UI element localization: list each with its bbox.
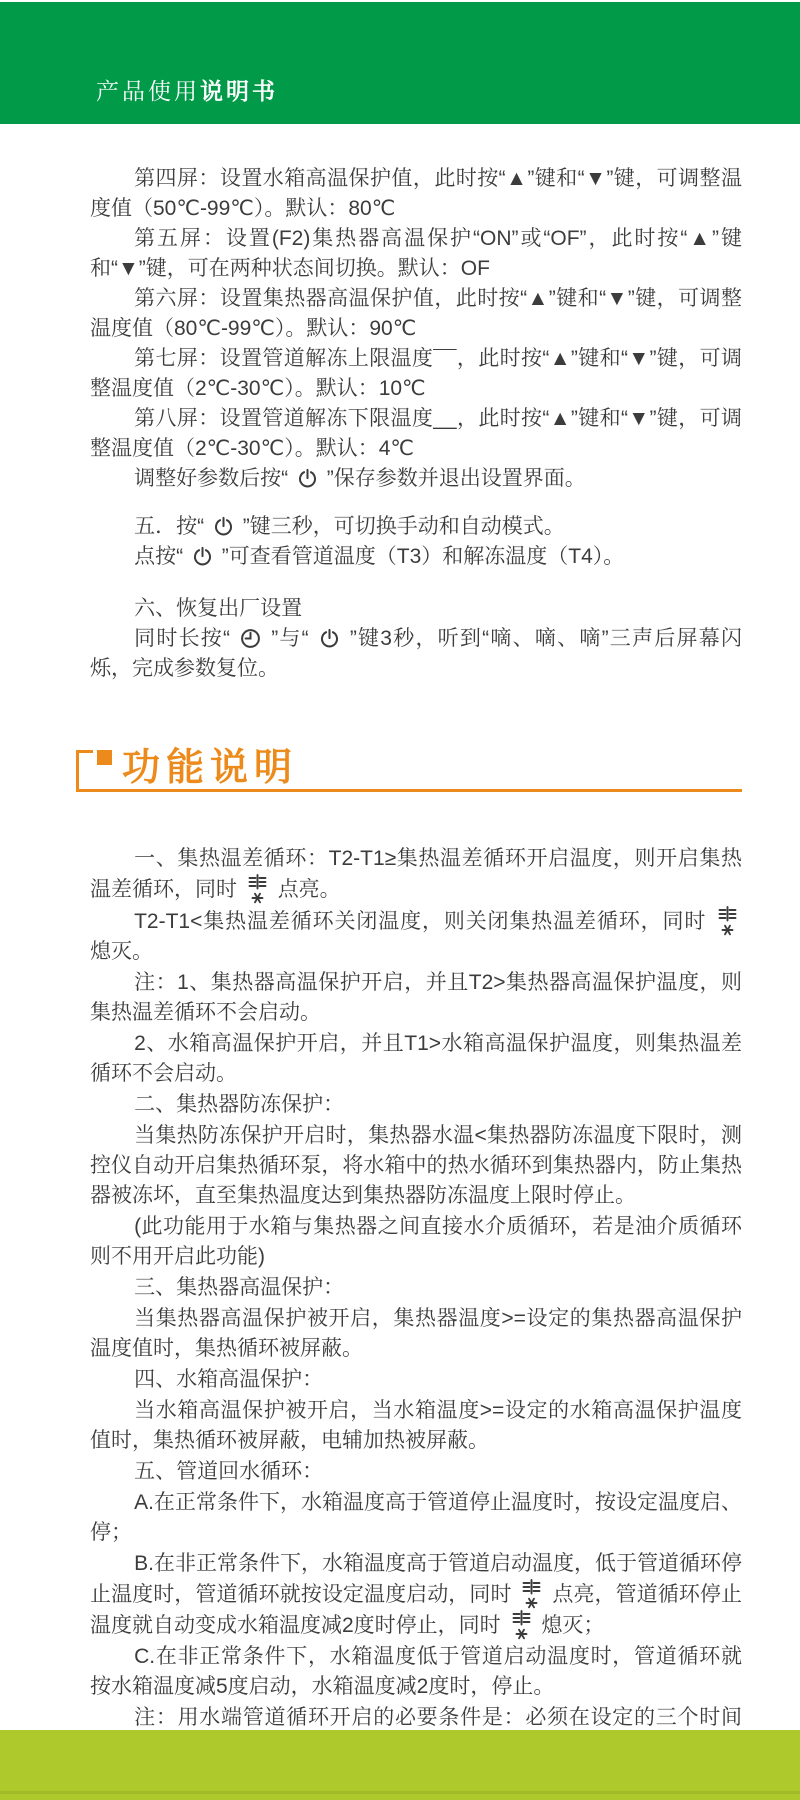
paragraph-factory-reset-steps: 同时长按“ ”与“ ”键3秒，听到“嘀、嘀、嘀”三声后屏幕闪烁，完成参数复位。	[90, 624, 742, 684]
paragraph-antifreeze-desc: 当集热防冻保护开启时，集热器水温<集热器防冻温度下限时，测控仪自动开启集热循环泵…	[90, 1121, 742, 1211]
power-icon	[213, 516, 234, 537]
paragraph-item5-mode-switch: 五．按“ ”键三秒，可切换手动和自动模式。	[90, 512, 742, 542]
heading-corner-tick	[76, 750, 93, 753]
text-run: 调整好参数后按“	[134, 467, 288, 490]
paragraph-tank-overheat-title: 四、水箱高温保护：	[90, 1365, 742, 1395]
paragraph-screen8: 第八屏：设置管道解冻下限温度__，此时按“▲”键和“▼”键，可调整温度值（2℃-…	[90, 404, 742, 464]
text-run: ”可查看管道温度（T3）和解冻温度（T4）。	[222, 545, 625, 568]
paragraph-collector-overheat-desc: 当集热器高温保护被开启，集热器温度>=设定的集热器高温保护温度值时，集热循环被屏…	[90, 1304, 742, 1364]
paragraph-view-temps: 点按“ ”可查看管道温度（T3）和解冻温度（T4）。	[90, 542, 742, 572]
paragraph-pipe-return-c: C.在非正常条件下，水箱温度低于管道启动温度时，管道循环就按水箱温度减5度启动，…	[90, 1642, 742, 1702]
paragraph-pipe-return-b: B.在非正常条件下，水箱温度高于管道启动温度，低于管道循环停止温度时，管道循环就…	[90, 1549, 742, 1641]
settings-screens-section: 第四屏：设置水箱高温保护值，此时按“▲”键和“▼”键，可调整温度值（50℃-99…	[90, 164, 742, 684]
paragraph-screen5: 第五屏：设置(F2)集热器高温保护“ON”或“OF”，此时按“▲”键和“▼”键，…	[90, 224, 742, 284]
paragraph-note1: 注：1、集热器高温保护开启，并且T2>集热器高温保护温度，则集热温差循环不会启动…	[90, 968, 742, 1028]
power-icon	[319, 628, 340, 649]
heading-corner-line	[76, 750, 79, 792]
paragraph-save-params: 调整好参数后按“ ”保存参数并退出设置界面。	[90, 464, 742, 494]
spacer	[90, 494, 742, 512]
power-icon	[297, 468, 318, 489]
page-footer-bar	[0, 1730, 800, 1800]
text-run: ”键三秒，可切换手动和自动模式。	[243, 515, 565, 538]
text-run: ”保存参数并退出设置界面。	[327, 467, 586, 490]
paragraph-pipe-return-title: 五、管道回水循环：	[90, 1457, 742, 1487]
paragraph-diff-cycle-on: 一、集热温差循环：T2-T1≥集热温差循环开启温度，则开启集热温差循环，同时 点…	[90, 844, 742, 905]
text-run: 五．按“	[134, 515, 204, 538]
circulation-pump-icon	[511, 1610, 532, 1641]
features-section-heading: 功能说明	[76, 734, 742, 792]
paragraph-antifreeze-remark: (此功能用于水箱与集热器之间直接水介质循环，若是油介质循环则不用开启此功能)	[90, 1212, 742, 1272]
paragraph-pipe-return-a: A.在正常条件下，水箱温度高于管道停止温度时，按设定温度启、停；	[90, 1488, 742, 1548]
paragraph-item6-factory-reset-title: 六、恢复出厂设置	[90, 594, 742, 624]
text-run: ”与“	[271, 627, 308, 650]
paragraph-tank-overheat-desc: 当水箱高温保护被开启，当水箱温度>=设定的水箱高温保护温度值时，集热循环被屏蔽，…	[90, 1396, 742, 1456]
page-title-regular: 产品使用	[96, 78, 200, 104]
page-header-bar: 产品使用说明书	[0, 2, 800, 124]
document-body: 第四屏：设置水箱高温保护值，此时按“▲”键和“▼”键，可调整温度值（50℃-99…	[0, 124, 800, 1763]
page-title: 产品使用说明书	[96, 73, 278, 106]
heading-underline	[76, 789, 742, 792]
text-run: 熄灭；	[541, 1614, 604, 1637]
power-icon	[192, 546, 213, 567]
text-run: T2-T1<集热温差循环关闭温度，则关闭集热温差循环，同时	[134, 910, 706, 933]
paragraph-diff-cycle-off: T2-T1<集热温差循环关闭温度，则关闭集热温差循环，同时 熄灭。	[90, 906, 742, 967]
paragraph-note2: 2、水箱高温保护开启，并且T1>水箱高温保护温度，则集热温差循环不会启动。	[90, 1029, 742, 1089]
function-description-section: 一、集热温差循环：T2-T1≥集热温差循环开启温度，则开启集热温差循环，同时 点…	[90, 844, 742, 1763]
text-run: 点按“	[134, 545, 183, 568]
paragraph-antifreeze-title: 二、集热器防冻保护：	[90, 1090, 742, 1120]
text-run: 同时长按“	[134, 627, 230, 650]
page-title-bold: 说明书	[200, 78, 278, 104]
heading-text: 功能说明	[122, 753, 298, 783]
text-run: 点亮。	[278, 878, 341, 901]
circulation-pump-icon	[717, 906, 738, 937]
text-run: 熄灭。	[90, 940, 153, 963]
circulation-pump-icon	[521, 1579, 542, 1610]
circulation-pump-icon	[247, 874, 268, 905]
paragraph-collector-overheat-title: 三、集热器高温保护：	[90, 1273, 742, 1303]
heading-square-bullet	[97, 750, 112, 765]
clock-icon	[240, 628, 261, 649]
text-run: 一、集热温差循环：T2-T1≥集热温差循环开启温度，则开启集热温差循环，同时	[90, 847, 742, 901]
paragraph-screen6: 第六屏：设置集热器高温保护值，此时按“▲”键和“▼”键，可调整温度值（80℃-9…	[90, 284, 742, 344]
paragraph-screen7: 第七屏：设置管道解冻上限温度¯¯，此时按“▲”键和“▼”键，可调整温度值（2℃-…	[90, 344, 742, 404]
manual-page: 产品使用说明书 第四屏：设置水箱高温保护值，此时按“▲”键和“▼”键，可调整温度…	[0, 0, 800, 1800]
spacer	[90, 572, 742, 594]
paragraph-screen4: 第四屏：设置水箱高温保护值，此时按“▲”键和“▼”键，可调整温度值（50℃-99…	[90, 164, 742, 224]
